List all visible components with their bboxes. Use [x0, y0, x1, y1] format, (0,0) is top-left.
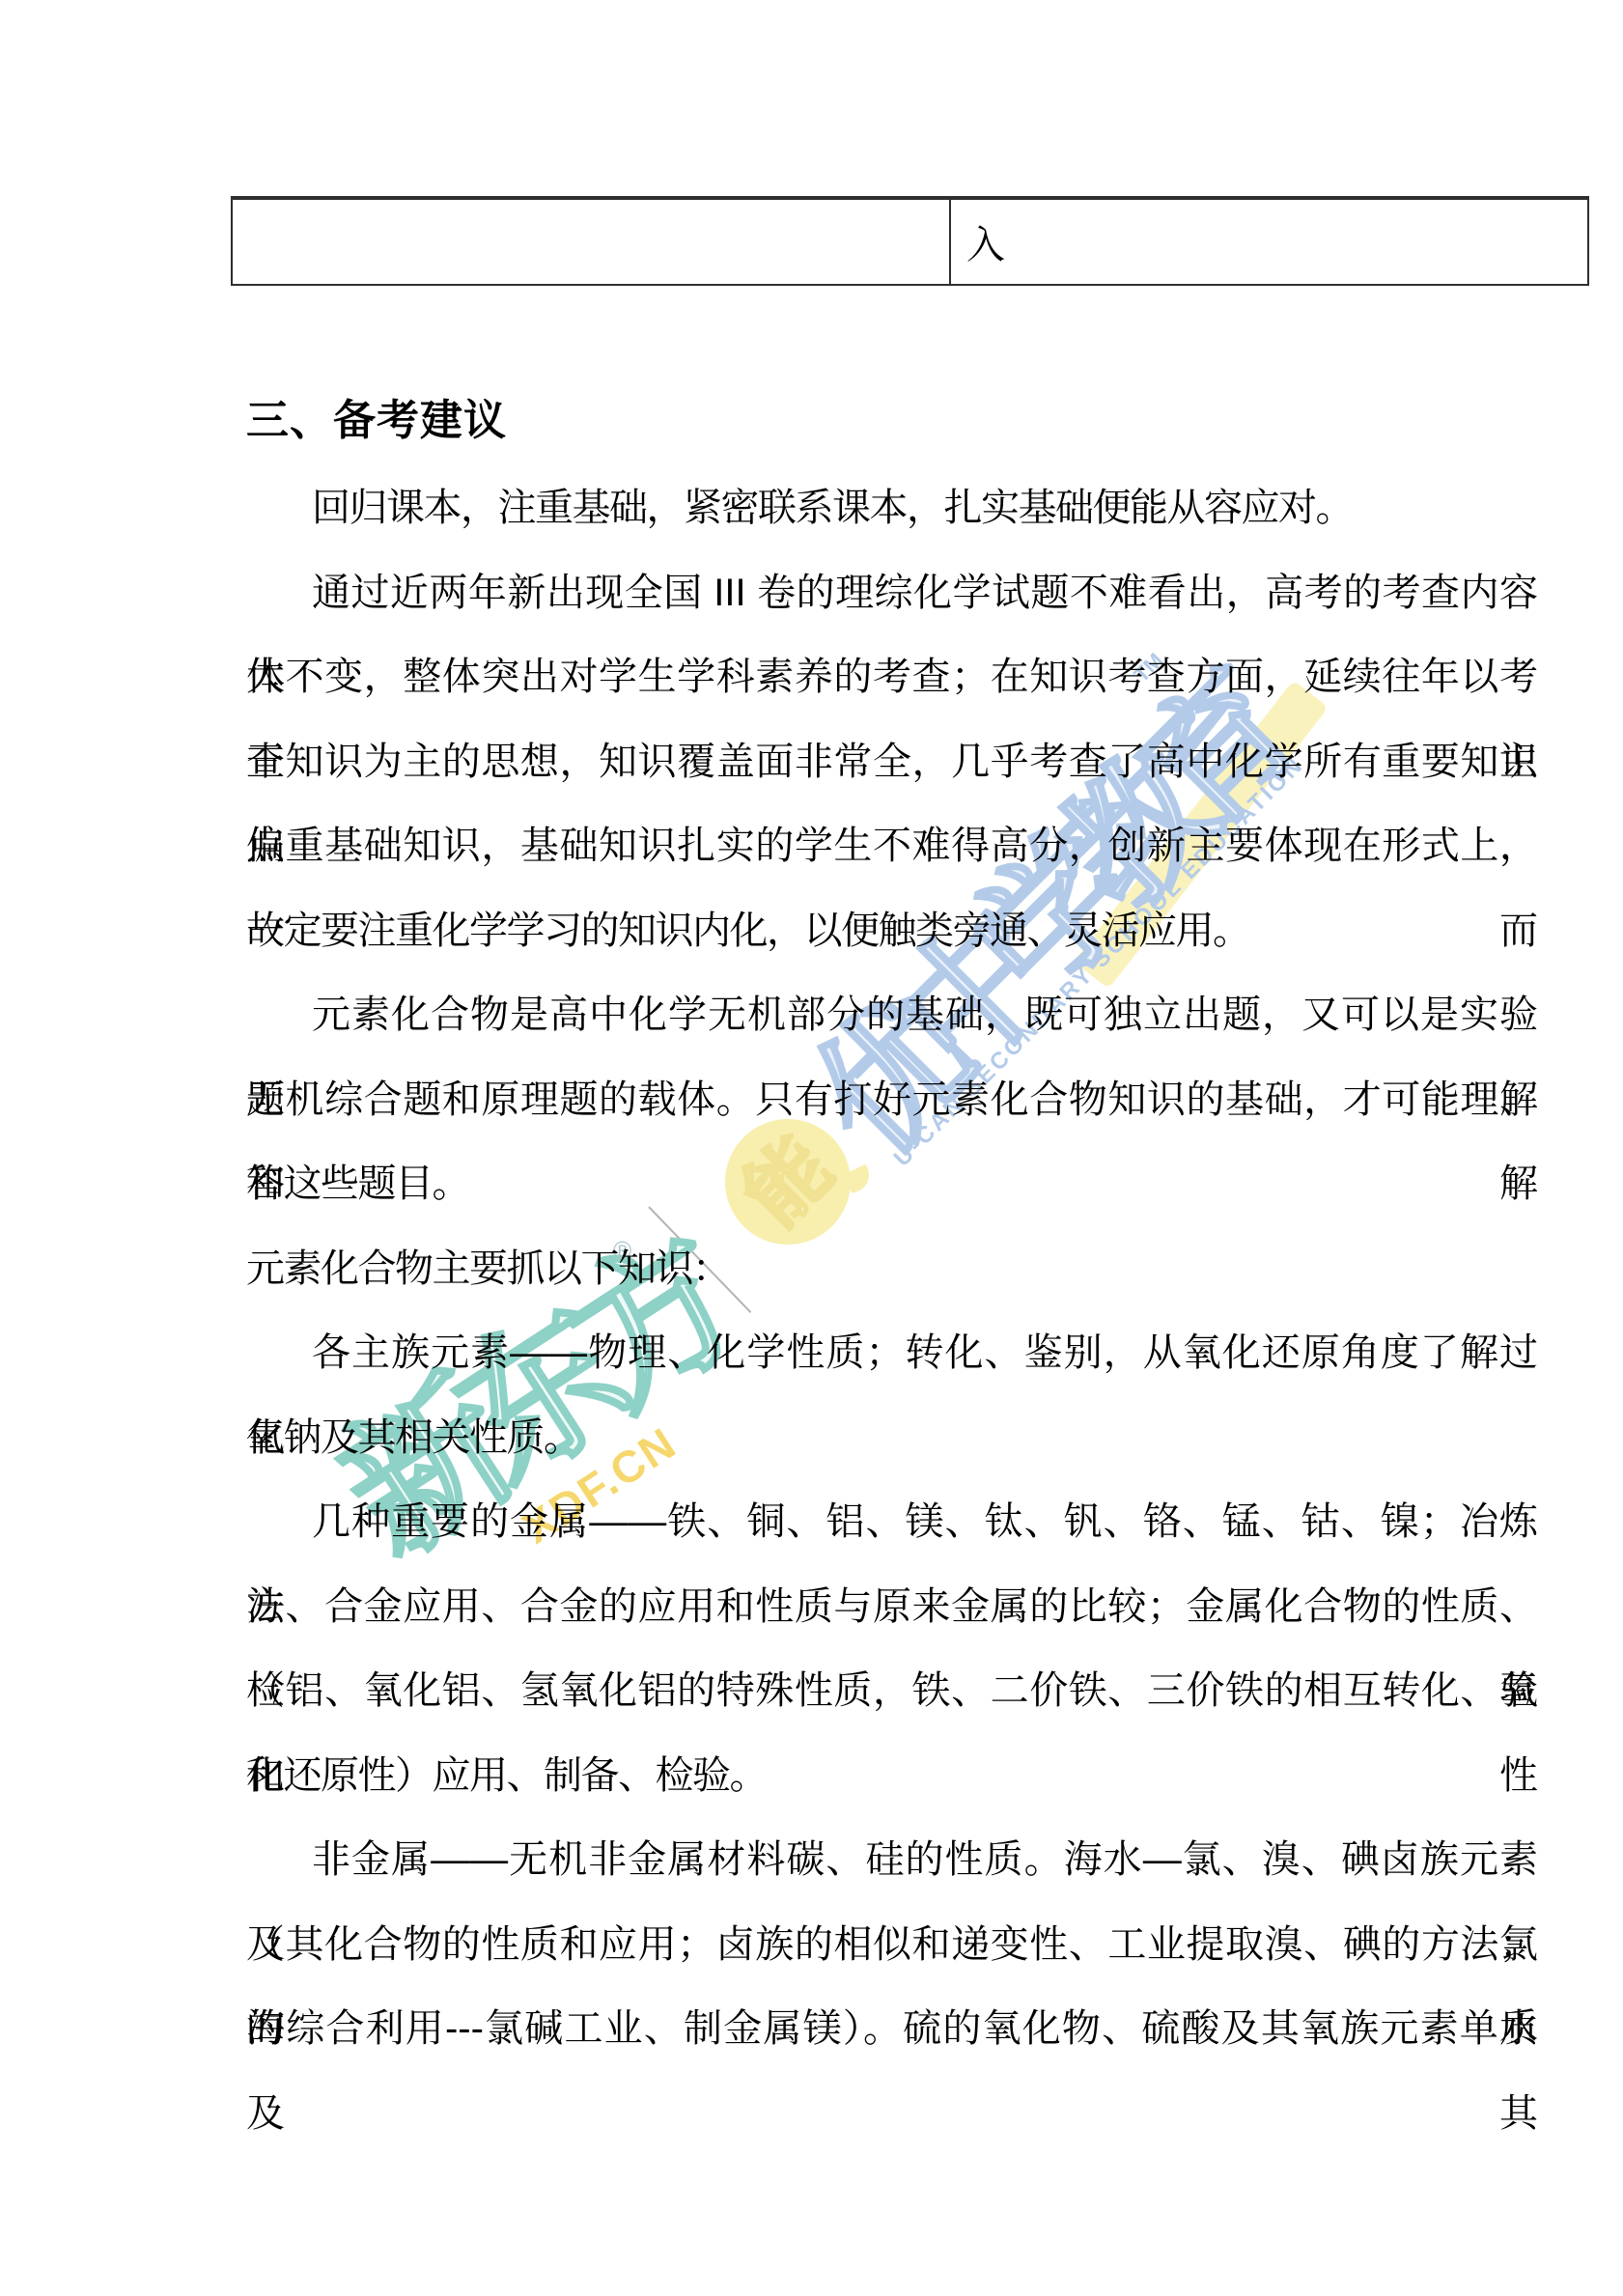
body-line: 的综合利用---氯碱工业、制金属镁）。硫的氧化物、硫酸及其氧族元素单质及其 [246, 1987, 1538, 2072]
table-cell-right: 入 [951, 200, 1587, 284]
table-cell-left [233, 200, 951, 284]
body-line: 化钠及其相关性质。 [246, 1396, 1538, 1481]
body-line: 无机综合题和原理题的载体。只有打好元素化合物知识的基础，才可能理解和解 [246, 1058, 1538, 1143]
body-line: 干知识为主的思想，知识覆盖面非常全，几乎考查了高中化学所有重要知识点， [246, 720, 1538, 805]
body-line: 回归课本，注重基础，紧密联系课本，扎实基础便能从容应对。 [246, 466, 1538, 551]
section-heading: 三、备考建议 [246, 394, 507, 448]
body-line: 法、合金应用、合金的应用和性质与原来金属的比较；金属化合物的性质、检验 [246, 1565, 1538, 1650]
document-page: { "page": {"background": "#ffffff"}, "ta… [0, 0, 1623, 2296]
body-line: 及其化合物的性质和应用；卤族的相似和递变性、工业提取溴、碘的方法；海水 [246, 1903, 1538, 1988]
body-text-block: 回归课本，注重基础，紧密联系课本，扎实基础便能从容应对。 通过近两年新出现全国 … [246, 466, 1538, 2072]
body-line: 通过近两年新出现全国 III 卷的理综化学试题不难看出，高考的考查内容大 [246, 551, 1538, 636]
body-line: 元素化合物是高中化学无机部分的基础，既可独立出题，又可以是实验题、 [246, 973, 1538, 1058]
body-line: 体不变，整体突出对学生学科素养的考查；在知识考查方面，延续往年以考查主 [246, 635, 1538, 720]
body-line: 偏重基础知识，基础知识扎实的学生不难得高分，创新主要体现在形式上，故而 [246, 804, 1538, 889]
body-line: （铝、氧化铝、氢氧化铝的特殊性质，铁、二价铁、三价铁的相互转化、氧化性 [246, 1649, 1538, 1734]
body-line: 元素化合物主要抓以下知识： [246, 1227, 1538, 1312]
body-line: 各主族元素——物理、化学性质；转化、鉴别，从氧化还原角度了解过氧 [246, 1311, 1538, 1396]
body-line: 非金属——无机非金属材料碳、硅的性质。海水—氯、溴、碘卤族元素（氯 [246, 1818, 1538, 1903]
table-fragment: 入 [231, 196, 1589, 286]
body-line: 几种重要的金属——铁、铜、铝、镁、钛、钒、铬、锰、钴、镍；冶炼方 [246, 1480, 1538, 1565]
